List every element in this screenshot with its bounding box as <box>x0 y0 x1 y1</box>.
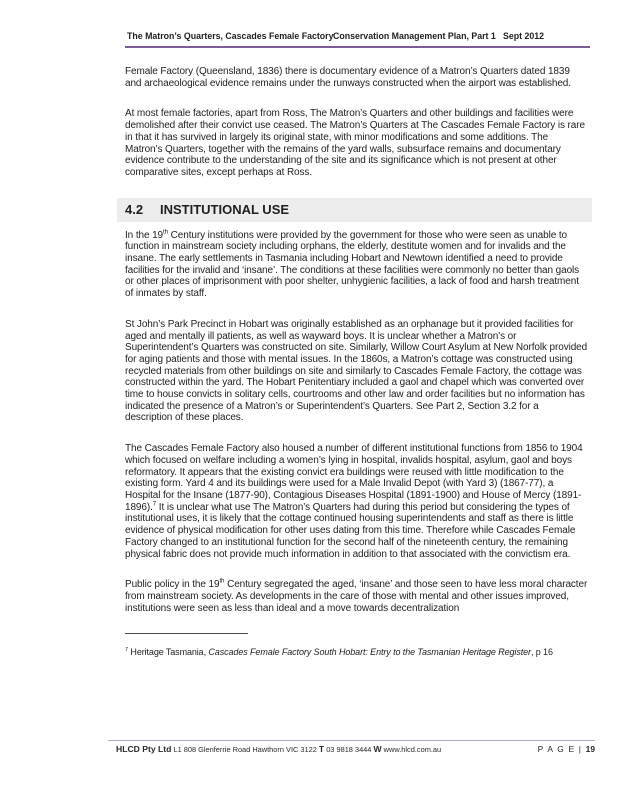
paragraph-female-factory: Female Factory (Queensland, 1836) there … <box>125 66 588 89</box>
paragraph-cascades-institutional-functions: The Cascades Female Factory also housed … <box>125 443 588 560</box>
paragraph-st-johns-park: St John’s Park Precinct in Hobart was or… <box>125 319 588 424</box>
document-page: The Matron’s Quarters, Cascades Female F… <box>0 0 622 805</box>
paragraph-19th-century-institutions: In the 19th Century institutions were pr… <box>125 230 588 300</box>
footnote: 7 Heritage Tasmania, Cascades Female Fac… <box>125 646 588 659</box>
footer-row: HLCD Pty Ltd L1 808 Glenferrie Road Hawt… <box>108 744 595 755</box>
paragraph-public-policy: Public policy in the 19th Century segreg… <box>125 579 588 614</box>
page-footer: HLCD Pty Ltd L1 808 Glenferrie Road Hawt… <box>108 740 595 755</box>
paragraph-most-female-factories: At most female factories, apart from Ros… <box>125 108 588 178</box>
section-heading: 4.2 INSTITUTIONAL USE <box>117 198 592 222</box>
footer-page-number: P A G E | 19 <box>538 744 595 755</box>
footer-company-info: HLCD Pty Ltd L1 808 Glenferrie Road Hawt… <box>108 744 441 755</box>
page-body: Female Factory (Queensland, 1836) there … <box>125 0 588 678</box>
section-number: 4.2 <box>125 202 160 218</box>
footnote-separator <box>125 633 248 634</box>
section-title: INSTITUTIONAL USE <box>160 202 584 218</box>
